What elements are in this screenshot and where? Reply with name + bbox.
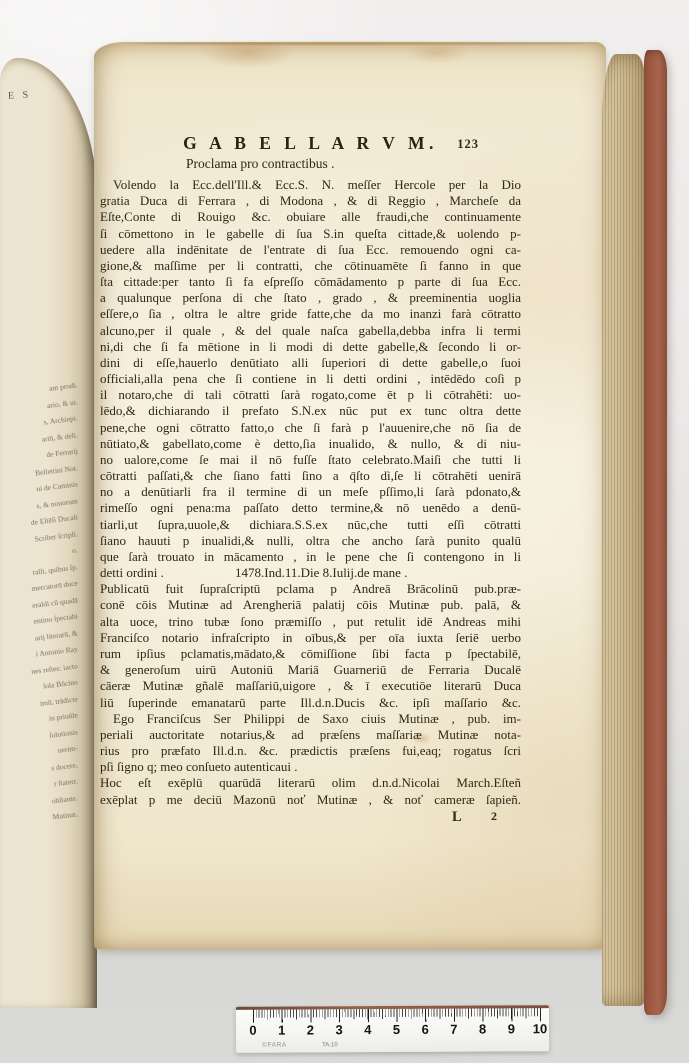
text-line: no ualore,come ſe mai il nō fuſſe ſtato … [100, 452, 521, 468]
edge-text-fragment: o. [2, 546, 78, 563]
edge-text-fragment: Mutinæ, [2, 810, 78, 827]
edge-text-fragment: ni de Caminis [2, 480, 78, 497]
text-line: & generoſum uirū Autoniū Mariā Guarneriū… [100, 662, 521, 678]
edge-text-fragment: ariū, & deli. [2, 431, 78, 448]
paragraph-ego-notarius: Ego Franciſcus Ser Philippi de Saxo ciui… [100, 711, 521, 760]
edge-text-fragment: am prodi. [2, 381, 78, 398]
text-line: no a denūtiarli fra il termine di un meſ… [100, 484, 521, 500]
edge-text-fragment: s docere, [2, 761, 78, 778]
text-line: ſiano hauuti p inualidi,& nulli, oltra c… [100, 533, 521, 549]
text-line: cōtratti paſſati,& che ſiano fatti ſino … [100, 468, 521, 484]
text-line: nūtiato,& gabellato,come è detto,ſia inu… [100, 436, 521, 452]
ruler-number: 2 [307, 1022, 314, 1037]
paragraph-publicatum: Publicatū fuit ſupraſcriptū pclama p And… [100, 581, 521, 710]
edge-text-fragment: in priuūle [2, 711, 78, 728]
edge-text-fragment: eraldi cū quadā [2, 596, 78, 613]
ruler-number: 5 [393, 1022, 400, 1037]
ruler-numbers: 012345678910 [236, 1021, 549, 1039]
edge-text-fragment: entino ſpectabi [2, 612, 78, 629]
edge-text-fragment: Bellettini Not. [2, 464, 78, 481]
facing-page-edge-fragments: am prodi.ario, & ui.s, Archiepi.ariū, & … [0, 58, 92, 1008]
ruler-number: 1 [278, 1023, 285, 1038]
ruler-number: 3 [335, 1022, 342, 1037]
ruler-number: 7 [450, 1022, 457, 1037]
page-number: 123 [457, 137, 479, 152]
ruler-code: TA:10 [322, 1042, 338, 1048]
edge-text-fragment: mercatorū duce [2, 579, 78, 596]
fore-edge [602, 54, 645, 1006]
text-line: liū ſuperinde emanatarū parte Ill.d.n.Du… [100, 695, 521, 711]
text-line: exēplat p me deciū Mazonū noť Mutinæ , &… [100, 792, 521, 808]
text-line: gratia Duca di Ferrara , di Modona , & d… [100, 193, 521, 209]
edge-text-fragment: obſtante. [2, 794, 78, 811]
text-line: gione,& maſſime per li contratti, che cō… [100, 258, 521, 274]
edge-text-fragment: i Antonio Ray [2, 645, 78, 662]
text-line: ni,di che ſi fa mētione in li modi di de… [100, 339, 521, 355]
text-line: conē cōis Mutinæ ad Arengheriā palatij c… [100, 597, 521, 613]
text-line: pene,che ogni cōtratto fatto,o che ſi fa… [100, 420, 521, 436]
text-line: eſſere,o ſia , oltra le altre gride fatt… [100, 306, 521, 322]
edge-text-fragment: s, Archiepi. [2, 414, 78, 431]
date-line: detti ordini . 1478.Ind.11.Die 8.Iulij.d… [100, 565, 521, 581]
body-text: Volendo la Ecc.dell'Ill.& Ecc.S. N. meſſ… [100, 177, 521, 827]
facing-page-edge: E S am prodi.ario, & ui.s, Archiepi.ariū… [0, 58, 97, 1008]
text-line: cāeræ Mutinæ gñalē maſſariū,uigore , & ī… [100, 678, 521, 694]
text-line: lēdo,& dichiarando il prefato S.N.ex nūc… [100, 403, 521, 419]
ruler: 012345678910 ©FARA TA:10 [236, 1005, 549, 1053]
text-line: alta uoce, trino tubæ ſono præmiſſo , pu… [100, 614, 521, 630]
text-line: a qualunque perſona di che ſtato , grado… [100, 290, 521, 306]
book-photograph: E S am prodi.ario, & ui.s, Archiepi.ariū… [0, 0, 689, 1063]
section-heading: Proclama pro contractibus . [100, 155, 521, 172]
text-line: rius pro præfato Ill.d.n. &c. prædictis … [100, 743, 521, 759]
edge-text-fragment: imū, trādicte [2, 695, 78, 712]
edge-text-fragment: ario, & ui. [2, 398, 78, 415]
edge-text-fragment: de Ferrarij [2, 447, 78, 464]
text-block: G A B E L L A R V M. 123 Proclama pro co… [100, 133, 521, 827]
ruler-number: 4 [364, 1022, 371, 1037]
edge-text-fragment: arij literarū, & [2, 629, 78, 646]
text-line: que ſarà trouato in mācamento , in le pe… [100, 549, 521, 565]
signature-letter: L [452, 809, 462, 826]
edge-text-fragment: s, & nouorum [2, 497, 78, 514]
text-line: tiarli,ut ſupra,uuole,& dichiara.S.S.ex … [100, 517, 521, 533]
text-line: uedere alla indēnitate de l'entrate di ſ… [100, 242, 521, 258]
text-line: rimeſſo ogni pena:ma paſſato detto termi… [100, 500, 521, 516]
text-line: periali auctoritate notarius,& ad præſen… [100, 727, 521, 743]
ruler-number: 0 [249, 1023, 256, 1038]
text-line: Hoc eſt exēplū quarūdā literarū olim d.n… [100, 775, 521, 791]
edge-text-fragment: ſola Bōcino [2, 678, 78, 695]
ruler-brand: ©FARA [262, 1042, 287, 1049]
text-line: il notaro,che di tali cōtratti ſarà roga… [100, 387, 521, 403]
text-line: Ego Franciſcus Ser Philippi de Saxo ciui… [100, 711, 521, 727]
signature-numeral: 2 [491, 809, 497, 824]
text-line: rum ipſius pclamatis,mādato,& cōmiſſione… [100, 646, 521, 662]
paragraph-proclama: Volendo la Ecc.dell'Ill.& Ecc.S. N. meſſ… [100, 177, 521, 565]
edge-text-fragment: ſolutionis [2, 728, 78, 745]
ruler-number: 8 [479, 1022, 486, 1037]
text-line: Eſte,Conte di Rouigo &c. obuiare alle fr… [100, 209, 521, 225]
edge-text-fragment: uerim- [2, 744, 78, 761]
text-line: ſi cōmettono in le gabelle di ſua S.in q… [100, 226, 521, 242]
book-cover [644, 50, 667, 1015]
text-line: pſi ſigno q; meo conſueto autenticaui . [100, 759, 521, 775]
text-line: officiali,alla pena che ſi contiene in l… [100, 371, 521, 387]
date-line-date: 1478.Ind.11.Die 8.Iulij.de mane . [235, 565, 407, 581]
edge-text-fragment: Scriber ſcripſi. [2, 530, 78, 547]
edge-text-fragment: r ſtaterr. [2, 777, 78, 794]
edge-text-fragment: nes reſtes: iacto [2, 662, 78, 679]
text-line: Publicatū fuit ſupraſcriptū pclama p And… [100, 581, 521, 597]
date-line-left: detti ordini . [100, 565, 164, 580]
ruler-number: 9 [508, 1021, 515, 1036]
edge-text-fragment: ralli, quibus ſp. [2, 563, 78, 580]
ruler-number: 10 [533, 1021, 548, 1036]
text-line: Franciſco notario infraſcripto in oībus,… [100, 630, 521, 646]
text-line: ſta cittade:per tanto ſi fa eſpreſſo cōm… [100, 274, 521, 290]
paragraph-hoc-est: Hoc eſt exēplū quarūdā literarū olim d.n… [100, 775, 521, 807]
text-line: Volendo la Ecc.dell'Ill.& Ecc.S. N. meſſ… [100, 177, 521, 193]
text-line: alcuno,per il quale , & del quale naſca … [100, 323, 521, 339]
running-head: G A B E L L A R V M. 123 [100, 133, 521, 154]
edge-text-fragment: de Eſtēſi Ducali [2, 513, 78, 530]
ruler-number: 6 [422, 1022, 429, 1037]
text-line: dini di eſſe,hauerlo denūtiato alli ſupe… [100, 355, 521, 371]
paragraph-ego-notarius-end: pſi ſigno q; meo conſueto autenticaui . [100, 759, 521, 775]
signature-mark-line: L 2 [100, 809, 521, 827]
